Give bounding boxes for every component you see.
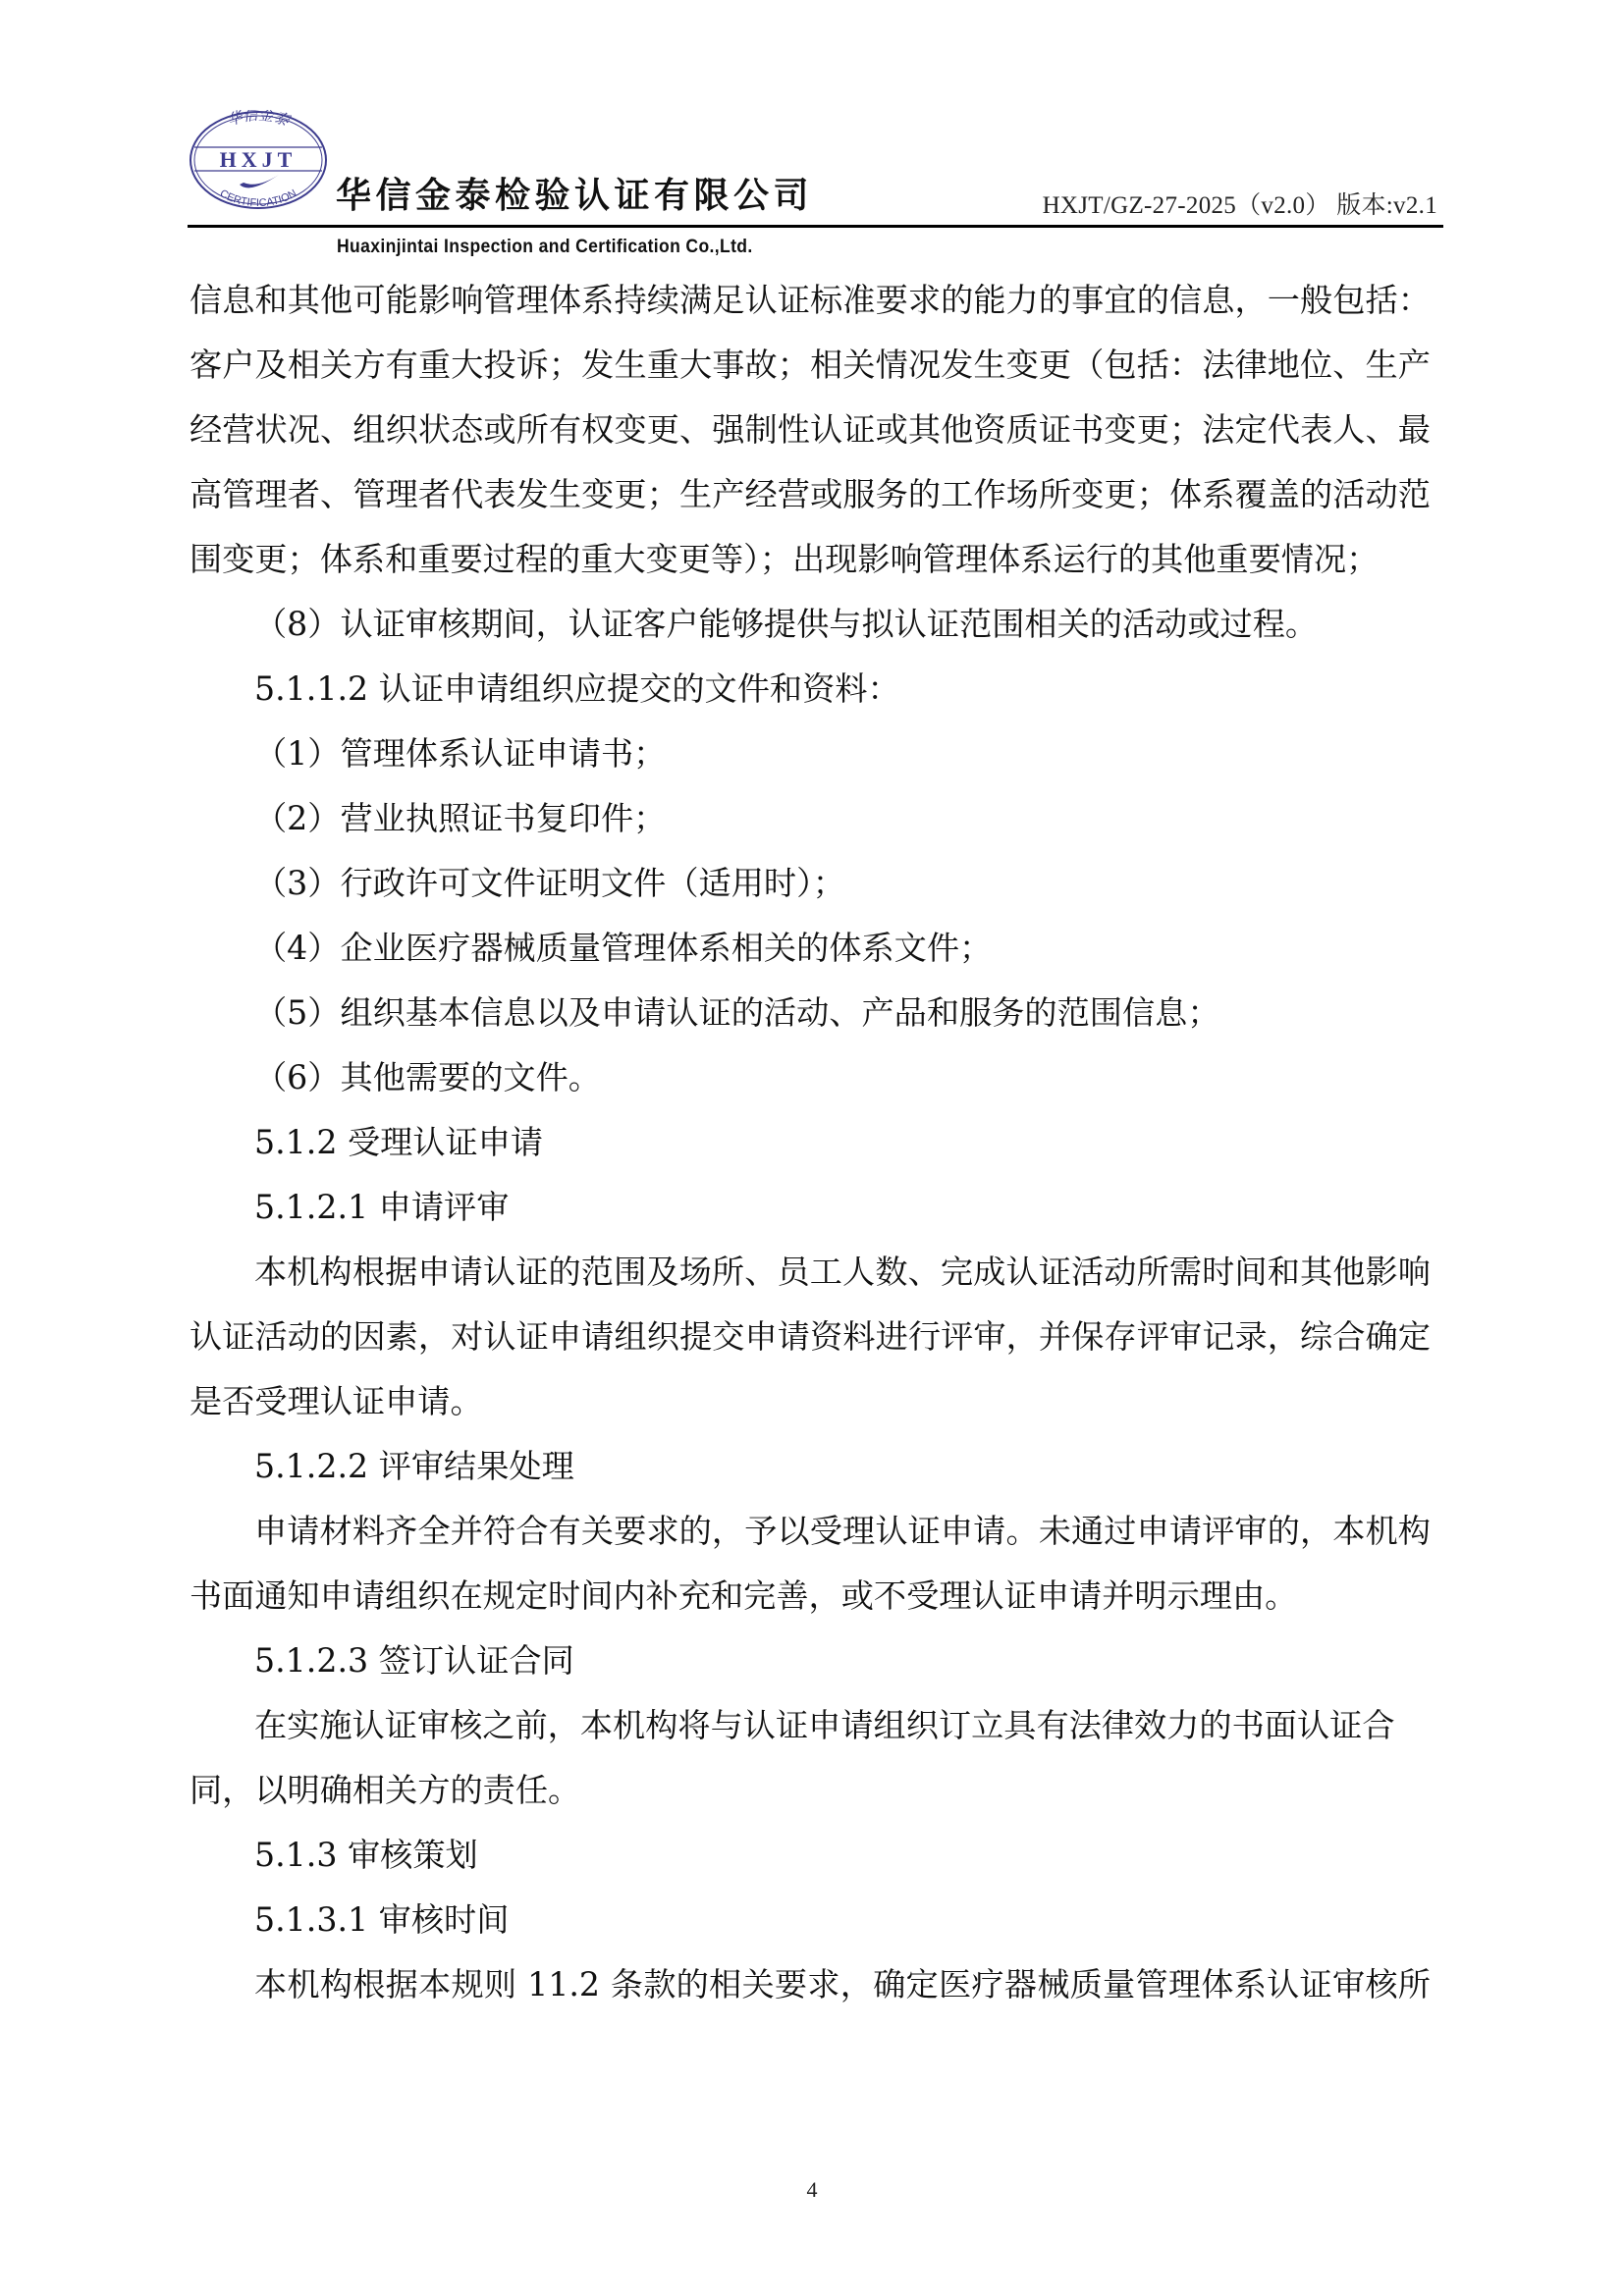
text-line: 5.1.3.1 审核时间 (189, 1888, 1431, 1952)
text-line: 经营状况、组织状态或所有权变更、强制性认证或其他资质证书变更；法定代表人、最 (189, 398, 1431, 462)
text-line: 同，以明确相关方的责任。 (189, 1758, 1431, 1823)
text-line: 5.1.2 受理认证申请 (189, 1110, 1431, 1175)
text-line: （3）行政许可文件证明文件（适用时）； (189, 851, 1431, 916)
page-number: 4 (0, 2177, 1624, 2203)
text-line: 申请材料齐全并符合有关要求的，予以受理认证申请。未通过申请评审的，本机构 (189, 1499, 1431, 1564)
text-line: 5.1.2.1 申请评审 (189, 1175, 1431, 1240)
text-line: 客户及相关方有重大投诉；发生重大事故；相关情况发生变更（包括：法律地位、生产 (189, 333, 1431, 398)
document-body: 信息和其他可能影响管理体系持续满足认证标准要求的能力的事宜的信息，一般包括：客户… (189, 268, 1431, 2017)
text-line: （2）营业执照证书复印件； (189, 786, 1431, 851)
svg-text:CERTIFICATION: CERTIFICATION (218, 187, 299, 209)
text-line: 高管理者、管理者代表发生变更；生产经营或服务的工作场所变更；体系覆盖的活动范 (189, 462, 1431, 527)
text-line: 在实施认证审核之前，本机构将与认证申请组织订立具有法律效力的书面认证合 (189, 1693, 1431, 1758)
text-line: （1）管理体系认证申请书； (189, 721, 1431, 786)
text-line: 5.1.2.2 评审结果处理 (189, 1434, 1431, 1499)
text-line: 书面通知申请组织在规定时间内补充和完善，或不受理认证申请并明示理由。 (189, 1564, 1431, 1629)
text-line: 是否受理认证申请。 (189, 1369, 1431, 1434)
text-line: 5.1.3 审核策划 (189, 1823, 1431, 1888)
text-line: 本机构根据申请认证的范围及场所、员工人数、完成认证活动所需时间和其他影响 (189, 1240, 1431, 1305)
text-line: 5.1.2.3 签订认证合同 (189, 1629, 1431, 1693)
text-line: （5）组织基本信息以及申请认证的活动、产品和服务的范围信息； (189, 981, 1431, 1045)
company-name-en: Huaxinjintai Inspection and Certificatio… (337, 234, 753, 259)
company-logo: 华信金泰 HXJT CERTIFICATION (189, 110, 328, 210)
text-line: 信息和其他可能影响管理体系持续满足认证标准要求的能力的事宜的信息，一般包括： (189, 268, 1431, 333)
text-line: 5.1.1.2 认证申请组织应提交的文件和资料： (189, 657, 1431, 721)
company-name-cn: 华信金泰检验认证有限公司 (336, 173, 813, 220)
document-code: HXJT/GZ-27-2025（v2.0） 版本:v2.1 (1043, 188, 1437, 224)
svg-text:华信金泰: 华信金泰 (225, 110, 294, 131)
svg-text:HXJT: HXJT (220, 147, 298, 172)
text-line: （6）其他需要的文件。 (189, 1045, 1431, 1110)
header-rule (188, 225, 1443, 228)
text-line: （8）认证审核期间，认证客户能够提供与拟认证范围相关的活动或过程。 (189, 592, 1431, 657)
text-line: 认证活动的因素，对认证申请组织提交申请资料进行评审，并保存评审记录，综合确定 (189, 1305, 1431, 1369)
text-line: 本机构根据本规则 11.2 条款的相关要求，确定医疗器械质量管理体系认证审核所 (189, 1952, 1431, 2017)
text-line: （4）企业医疗器械质量管理体系相关的体系文件； (189, 916, 1431, 981)
text-line: 围变更；体系和重要过程的重大变更等）；出现影响管理体系运行的其他重要情况； (189, 527, 1431, 592)
